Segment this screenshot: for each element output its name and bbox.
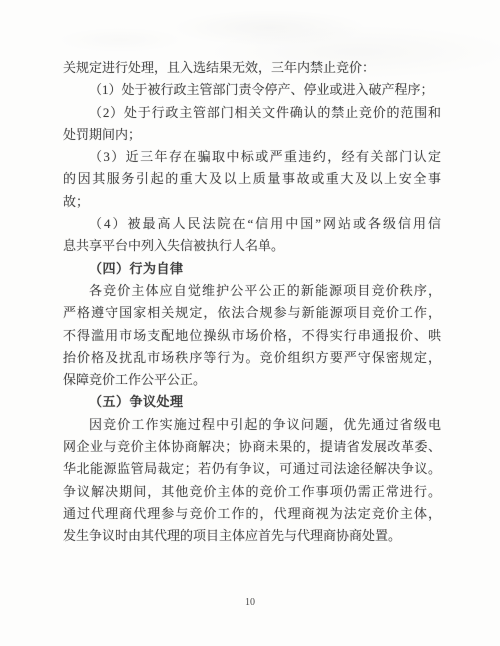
text-line: 通过代理商代理参与竞价工作的，代理商视为法定竞价主体，	[63, 503, 441, 525]
document-body: 关规定进行处理，且入选结果无效，三年内禁止竞价：（1）处于被行政主管部门责令停产…	[63, 57, 441, 548]
text-line: （4）被最高人民法院在“信用中国”网站或各级信用信	[63, 213, 441, 235]
text-line: 的因其服务引起的重大及以上质量事故或重大及以上安全事	[63, 168, 441, 190]
text-line: 故；	[63, 191, 441, 213]
text-line: 不得滥用市场支配地位操纵市场价格，不得实行串通报价、哄	[63, 325, 441, 347]
section-heading: （五）争议处理	[63, 391, 441, 413]
text-line: 发生争议时由其代理的项目主体应首先与代理商协商处置。	[63, 525, 441, 547]
text-line: 关规定进行处理，且入选结果无效，三年内禁止竞价：	[63, 57, 441, 79]
section-heading: （四）行为自律	[63, 258, 441, 280]
text-line: 华北能源监管局裁定；若仍有争议，可通过司法途径解决争议。	[63, 458, 441, 480]
document-page: 关规定进行处理，且入选结果无效，三年内禁止竞价：（1）处于被行政主管部门责令停产…	[0, 0, 500, 646]
text-line: （2）处于行政主管部门相关文件确认的禁止竞价的范围和	[63, 102, 441, 124]
text-line: 因竞价工作实施过程中引起的争议问题，优先通过省级电	[63, 414, 441, 436]
text-line: 争议解决期间，其他竞价主体的竞价工作事项仍需正常进行。	[63, 481, 441, 503]
text-line: 保障竞价工作公平公正。	[63, 369, 441, 391]
text-line: （3）近三年存在骗取中标或严重违约，经有关部门认定	[63, 146, 441, 168]
text-line: （1）处于被行政主管部门责令停产、停业或进入破产程序；	[63, 79, 441, 101]
text-line: 网企业与竞价主体协商解决；协商未果的，提请省发展改革委、	[63, 436, 441, 458]
text-line: 处罚期间内；	[63, 124, 441, 146]
text-line: 各竞价主体应自觉维护公平公正的新能源项目竞价秩序，	[63, 280, 441, 302]
text-line: 抬价格及扰乱市场秩序等行为。竞价组织方要严守保密规定，	[63, 347, 441, 369]
text-line: 严格遵守国家相关规定，依法合规参与新能源项目竞价工作，	[63, 302, 441, 324]
page-number: 10	[0, 597, 500, 608]
text-line: 息共享平台中列入失信被执行人名单。	[63, 235, 441, 257]
